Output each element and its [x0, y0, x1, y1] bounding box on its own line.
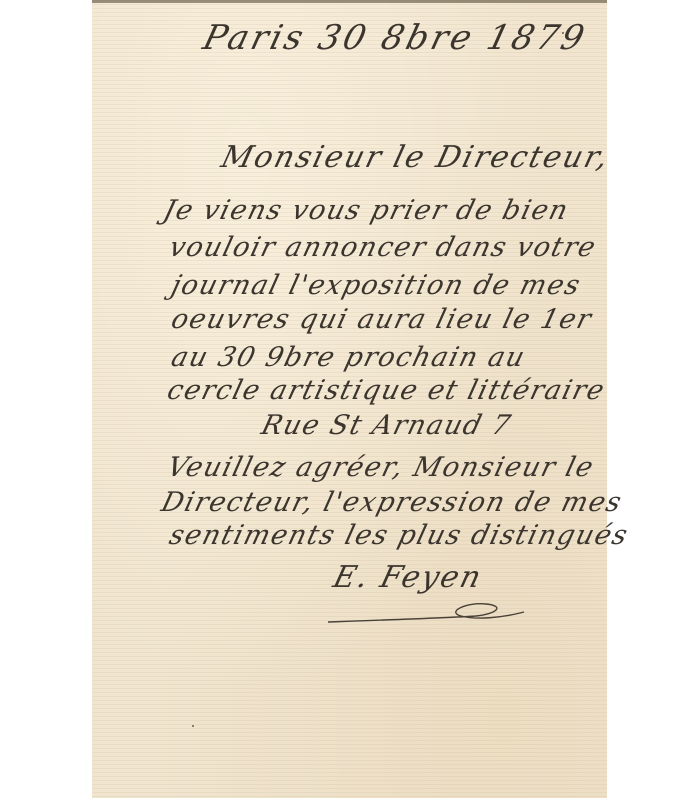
closing-line: Veuillez agréer, Monsieur le — [164, 452, 597, 483]
letter-signature: E. Feyen — [330, 560, 487, 595]
body-line: au 30 9bre prochain au — [168, 342, 529, 373]
ink-spot — [192, 725, 194, 727]
body-line: Je viens vous prier de bien — [160, 195, 572, 226]
body-line: cercle artistique et littéraire — [164, 375, 609, 406]
signature-flourish-icon — [326, 598, 526, 628]
letter-date: Paris 30 8bre 1879 — [199, 18, 591, 58]
ink-spot — [192, 542, 194, 544]
body-line: vouloir annoncer dans votre — [166, 232, 600, 263]
body-line: oeuvres qui aura lieu le 1er — [168, 304, 595, 335]
body-line: journal l'exposition de mes — [168, 270, 584, 301]
ink-spot — [562, 32, 564, 34]
letter-salutation: Monsieur le Directeur, — [218, 140, 614, 175]
letter-address: Rue St Arnaud 7 — [258, 410, 515, 441]
closing-line: sentiments les plus distingués — [166, 520, 632, 551]
closing-line: Directeur, l'expression de mes — [158, 487, 626, 518]
letter-paper: Paris 30 8bre 1879 Monsieur le Directeur… — [92, 0, 607, 798]
